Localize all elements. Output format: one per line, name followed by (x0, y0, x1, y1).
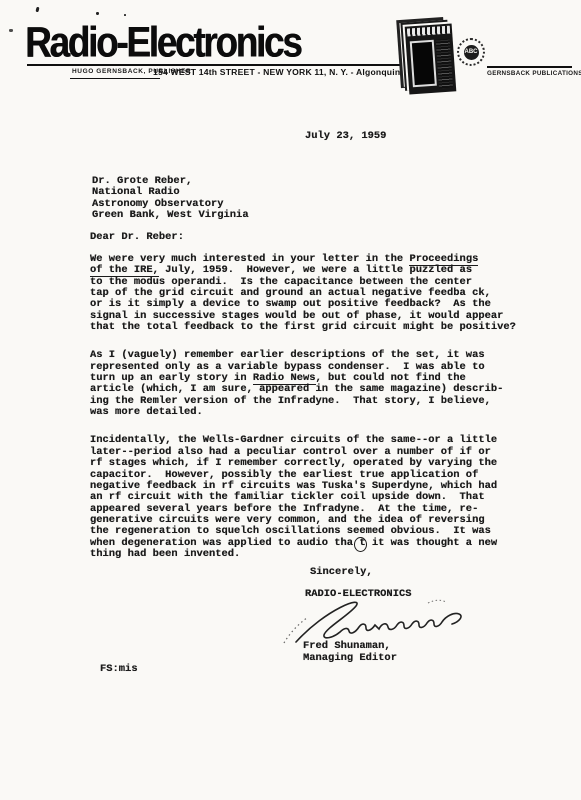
letter-page: Radio-Electronics HUGO GERNSBACK, PUBLIS… (0, 0, 581, 800)
text-line: National Radio (92, 187, 249, 198)
abc-seal-text: ABC (464, 45, 479, 60)
signer-title: Managing Editor (303, 653, 397, 664)
paragraph: We were very much interested in your let… (90, 254, 520, 333)
letter-body: We were very much interested in your let… (90, 254, 520, 577)
publications-rule (487, 66, 572, 68)
closing-line: Sincerely, (310, 567, 373, 578)
text-line: that the total feedback to the first gri… (90, 322, 520, 333)
text-line: was more detailed. (90, 407, 520, 418)
paragraph: Incidentally, the Wells-Gardner circuits… (90, 435, 520, 560)
salutation: Dear Dr. Reber: (90, 232, 184, 243)
magazine-cover-screen (410, 40, 437, 88)
recipient-address: Dr. Grote Reber,National RadioAstronomy … (92, 176, 249, 221)
publisher-underline (70, 78, 160, 79)
circled-character-annotation (354, 537, 367, 552)
street-address-line: 154 WEST 14th STREET - NEW YORK 11, N. Y… (153, 67, 431, 77)
magazine-cover-texture (436, 39, 453, 89)
scan-artifact (96, 12, 99, 15)
text-line: Green Bank, West Virginia (92, 210, 249, 221)
signer-name: Fred Shunaman, (303, 641, 391, 652)
abc-seal-icon: ABC (457, 38, 485, 66)
magazine-title-band (407, 26, 450, 37)
scan-artifact (124, 14, 126, 16)
scan-artifact (9, 29, 13, 32)
publication-logo: Radio-Electronics (25, 18, 300, 67)
magazine-cover-thumbnail-icon (405, 23, 457, 94)
reference-initials: FS:mis (100, 664, 138, 675)
text-line: thing had been invented. (90, 549, 520, 560)
date-line: July 23, 1959 (305, 131, 386, 142)
scan-artifact (35, 7, 39, 13)
paragraph: As I (vaguely) remember earlier descript… (90, 350, 520, 418)
publications-line: GERNSBACK PUBLICATIONS, INC. (487, 70, 581, 77)
letterhead-rule (27, 64, 407, 66)
